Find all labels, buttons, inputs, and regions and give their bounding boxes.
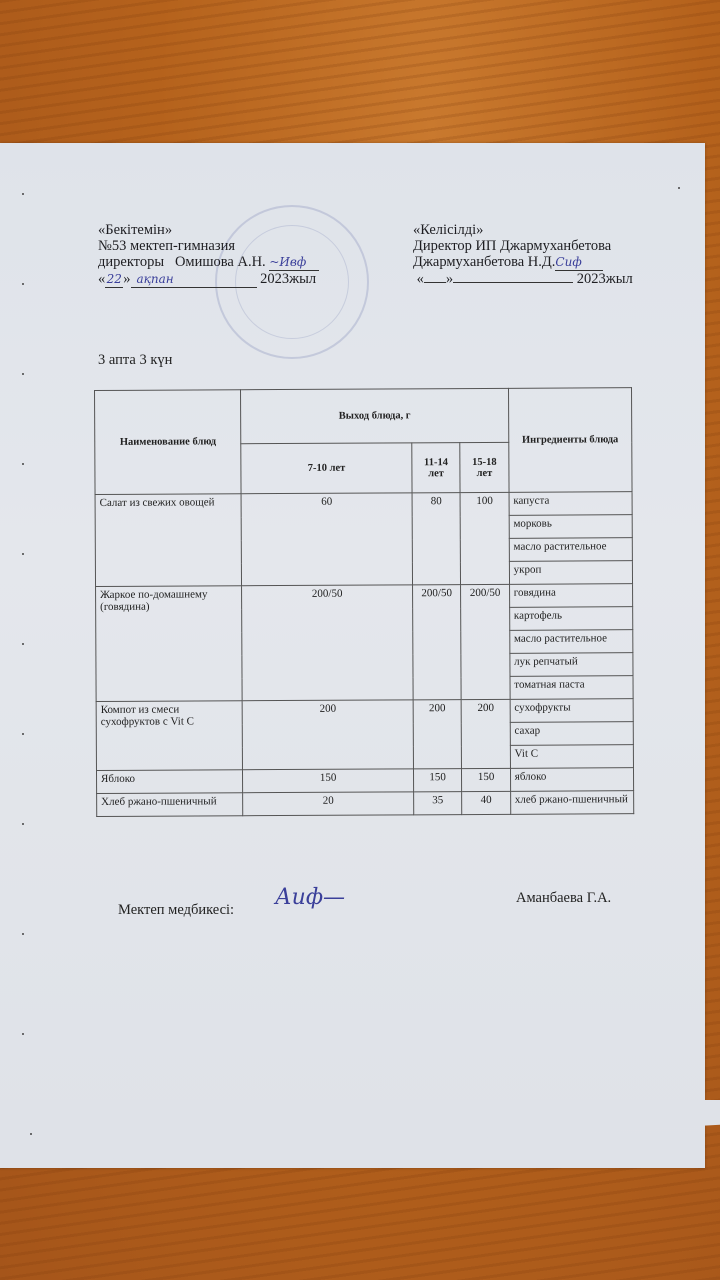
dish-name: Компот из смеси сухофруктов с Vit C [96, 701, 243, 771]
date-month [453, 282, 573, 283]
punch-mark [30, 1133, 32, 1135]
yield-7-10: 150 [243, 769, 414, 793]
yield-7-10: 20 [243, 792, 414, 816]
ingredient: капуста [509, 492, 632, 516]
contractor-title: Директор ИП Джармуханбетова [413, 238, 633, 254]
approval-title: «Бекітемін» [98, 222, 319, 238]
yield-15-18: 200 [461, 699, 510, 768]
punch-mark [22, 823, 24, 825]
nurse-name: Аманбаева Г.А. [516, 890, 611, 907]
nurse-label: Мектеп медбикесі: [118, 902, 234, 919]
date-year: 2023жыл [577, 271, 633, 287]
ingredient: морковь [509, 515, 632, 539]
ingredient: лук репчатый [510, 653, 633, 677]
yield-11-14: 200 [413, 700, 462, 769]
director-role: директоры [98, 254, 164, 270]
ingredient: картофель [509, 607, 632, 631]
yield-11-14: 150 [413, 769, 462, 792]
dish-name: Салат из свежих овощей [95, 494, 242, 587]
date-day [424, 282, 446, 283]
table-row: Яблоко150150150яблоко [96, 768, 633, 794]
approval-block-right: «Келісілді» Директор ИП Джармуханбетова … [413, 222, 633, 287]
approval-block-left: «Бекітемін» №53 мектеп-гимназия директор… [98, 222, 319, 288]
signature-line: ~Ивф [269, 254, 319, 271]
punch-mark [22, 643, 24, 645]
punch-mark [678, 187, 680, 189]
table-row: Хлеб ржано-пшеничный203540хлеб ржано-пше… [97, 791, 634, 817]
nurse-signature: Аиф— [275, 885, 345, 910]
punch-mark [22, 193, 24, 195]
yield-11-14: 200/50 [412, 585, 461, 700]
ingredient: сахар [510, 722, 633, 746]
menu-table: Наименование блюд Выход блюда, г Ингреди… [94, 387, 634, 817]
director-name: Омишова А.Н. [175, 254, 266, 270]
contractor-name: Джармуханбетова Н.Д. [413, 254, 555, 270]
yield-15-18: 200/50 [461, 584, 510, 699]
table-row: Компот из смеси сухофруктов с Vit C20020… [96, 699, 633, 725]
yield-11-14: 80 [412, 493, 461, 585]
dish-name: Яблоко [96, 770, 242, 794]
header-age-11-14: 11-14 лет [412, 443, 461, 493]
punch-mark [22, 283, 24, 285]
date-month: ақпан [131, 271, 257, 288]
punch-mark [22, 373, 24, 375]
ingredient: говядина [509, 584, 632, 608]
agreed-title: «Келісілді» [413, 222, 633, 238]
yield-7-10: 200 [242, 700, 413, 770]
week-day-label: 3 апта 3 күн [98, 352, 172, 369]
table-row: Жаркое по-домашнему (говядина)200/50200/… [96, 584, 633, 610]
yield-15-18: 100 [460, 492, 509, 584]
ingredient: сухофрукты [510, 699, 633, 723]
ingredient: яблоко [510, 768, 633, 792]
punch-mark [22, 1033, 24, 1035]
table-row: Салат из свежих овощей6080100капуста [95, 492, 632, 518]
ingredient: томатная паста [510, 676, 633, 700]
yield-7-10: 60 [241, 493, 412, 586]
yield-15-18: 40 [462, 791, 511, 814]
ingredient: хлеб ржано-пшеничный [510, 791, 633, 815]
ingredient: Vit C [510, 745, 633, 769]
header-ingredients: Ингредиенты блюда [508, 388, 632, 493]
date-day: 22 [105, 271, 123, 288]
date-year: 2023жыл [260, 271, 316, 287]
punch-mark [22, 553, 24, 555]
ingredient: укроп [509, 561, 632, 585]
header-age-7-10: 7-10 лет [241, 443, 412, 494]
header-dish-name: Наименование блюд [95, 390, 242, 495]
yield-11-14: 35 [414, 792, 463, 815]
punch-mark [22, 933, 24, 935]
punch-mark [22, 463, 24, 465]
ingredient: масло растительное [509, 630, 632, 654]
signature-line: Сиф [555, 254, 603, 271]
ingredient: масло растительное [509, 538, 632, 562]
header-age-15-18: 15-18 лет [460, 442, 509, 492]
yield-15-18: 150 [462, 768, 511, 791]
punch-mark [22, 733, 24, 735]
dish-name: Жаркое по-домашнему (говядина) [96, 586, 243, 702]
header-yield: Выход блюда, г [241, 388, 509, 443]
school-name: №53 мектеп-гимназия [98, 238, 319, 254]
yield-7-10: 200/50 [242, 585, 413, 701]
dish-name: Хлеб ржано-пшеничный [97, 793, 243, 817]
